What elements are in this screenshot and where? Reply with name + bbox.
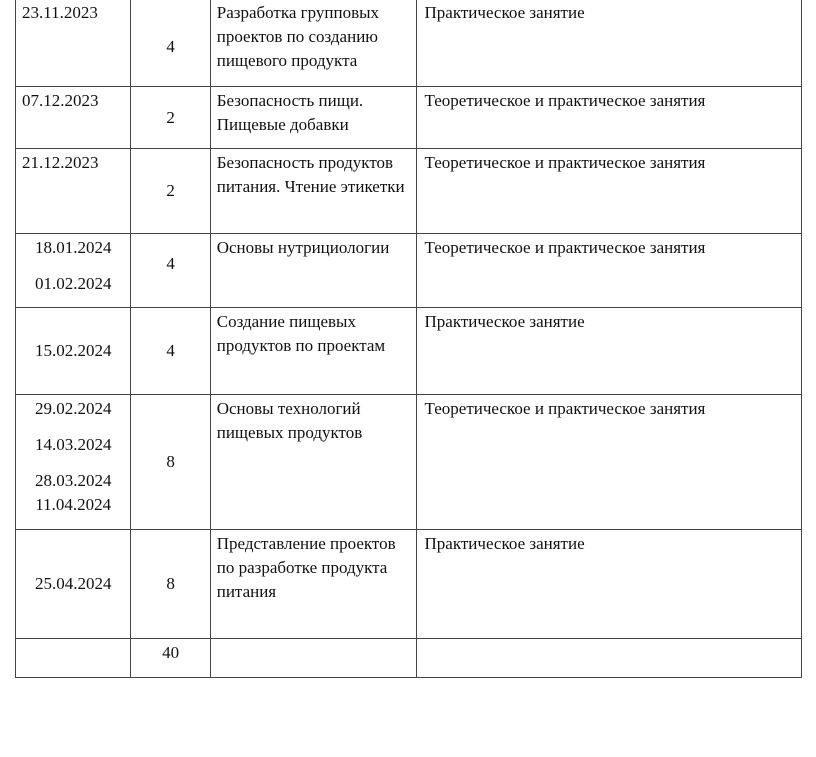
total-date-cell: [16, 639, 131, 678]
date: 18.01.2024: [16, 236, 130, 260]
hours-value: 2: [166, 181, 175, 200]
hours-cell: 4: [131, 234, 210, 308]
topic-cell: Безопасность продуктов питания. Чтение э…: [210, 149, 416, 234]
topic-cell: Представление проектов по разработке про…: [210, 530, 416, 639]
date-cell: 07.12.2023: [16, 87, 131, 149]
date: 28.03.2024: [16, 469, 130, 493]
table-row: 29.02.2024 14.03.2024 28.03.2024 11.04.2…: [16, 395, 802, 530]
schedule-table: 23.11.2023 4 Разработка групповых проект…: [15, 0, 802, 678]
date: 07.12.2023: [22, 89, 130, 113]
topic-cell: Создание пищевых продуктов по проектам: [210, 308, 416, 395]
table-row: 07.12.2023 2 Безопасность пищи. Пищевые …: [16, 87, 802, 149]
table-row: 23.11.2023 4 Разработка групповых проект…: [16, 0, 802, 87]
topic-cell: Основы технологий пищевых продуктов: [210, 395, 416, 530]
hours-value: 4: [166, 341, 175, 360]
date-cell: 23.11.2023: [16, 0, 131, 87]
hours-cell: 4: [131, 308, 210, 395]
type-cell: Теоретическое и практическое занятия: [416, 149, 801, 234]
date: 01.02.2024: [16, 272, 130, 296]
date: 23.11.2023: [22, 1, 130, 25]
date: 29.02.2024: [16, 397, 130, 421]
topic-cell: Безопасность пищи. Пищевые добавки: [210, 87, 416, 149]
date: 21.12.2023: [22, 151, 130, 175]
total-hours-cell: 40: [131, 639, 210, 678]
type-cell: Практическое занятие: [416, 308, 801, 395]
table-row: 15.02.2024 4 Создание пищевых продуктов …: [16, 308, 802, 395]
total-row: 40: [16, 639, 802, 678]
hours-value: 8: [166, 452, 175, 471]
topic-cell: Разработка групповых проектов по создани…: [210, 0, 416, 87]
date-cell: 15.02.2024: [16, 308, 131, 395]
total-topic-cell: [210, 639, 416, 678]
date-cell: 29.02.2024 14.03.2024 28.03.2024 11.04.2…: [16, 395, 131, 530]
date-cell: 18.01.2024 01.02.2024: [16, 234, 131, 308]
date: 25.04.2024: [16, 572, 130, 596]
hours-value: 8: [166, 574, 175, 593]
total-hours-value: 40: [162, 643, 179, 662]
hours-value: 4: [166, 254, 175, 273]
hours-value: 4: [166, 37, 175, 56]
type-cell: Теоретическое и практическое занятия: [416, 234, 801, 308]
type-cell: Практическое занятие: [416, 530, 801, 639]
date: 11.04.2024: [16, 493, 130, 517]
hours-cell: 8: [131, 530, 210, 639]
type-cell: Теоретическое и практическое занятия: [416, 87, 801, 149]
table-row: 18.01.2024 01.02.2024 4 Основы нутрициол…: [16, 234, 802, 308]
hours-cell: 2: [131, 87, 210, 149]
table-row: 21.12.2023 2 Безопасность продуктов пита…: [16, 149, 802, 234]
date: 15.02.2024: [16, 339, 130, 363]
hours-cell: 8: [131, 395, 210, 530]
date: 14.03.2024: [16, 433, 130, 457]
hours-cell: 2: [131, 149, 210, 234]
total-type-cell: [416, 639, 801, 678]
topic-cell: Основы нутрициологии: [210, 234, 416, 308]
hours-cell: 4: [131, 0, 210, 87]
table-row: 25.04.2024 8 Представление проектов по р…: [16, 530, 802, 639]
date-cell: 25.04.2024: [16, 530, 131, 639]
type-cell: Теоретическое и практическое занятия: [416, 395, 801, 530]
type-cell: Практическое занятие: [416, 0, 801, 87]
hours-value: 2: [166, 108, 175, 127]
date-cell: 21.12.2023: [16, 149, 131, 234]
